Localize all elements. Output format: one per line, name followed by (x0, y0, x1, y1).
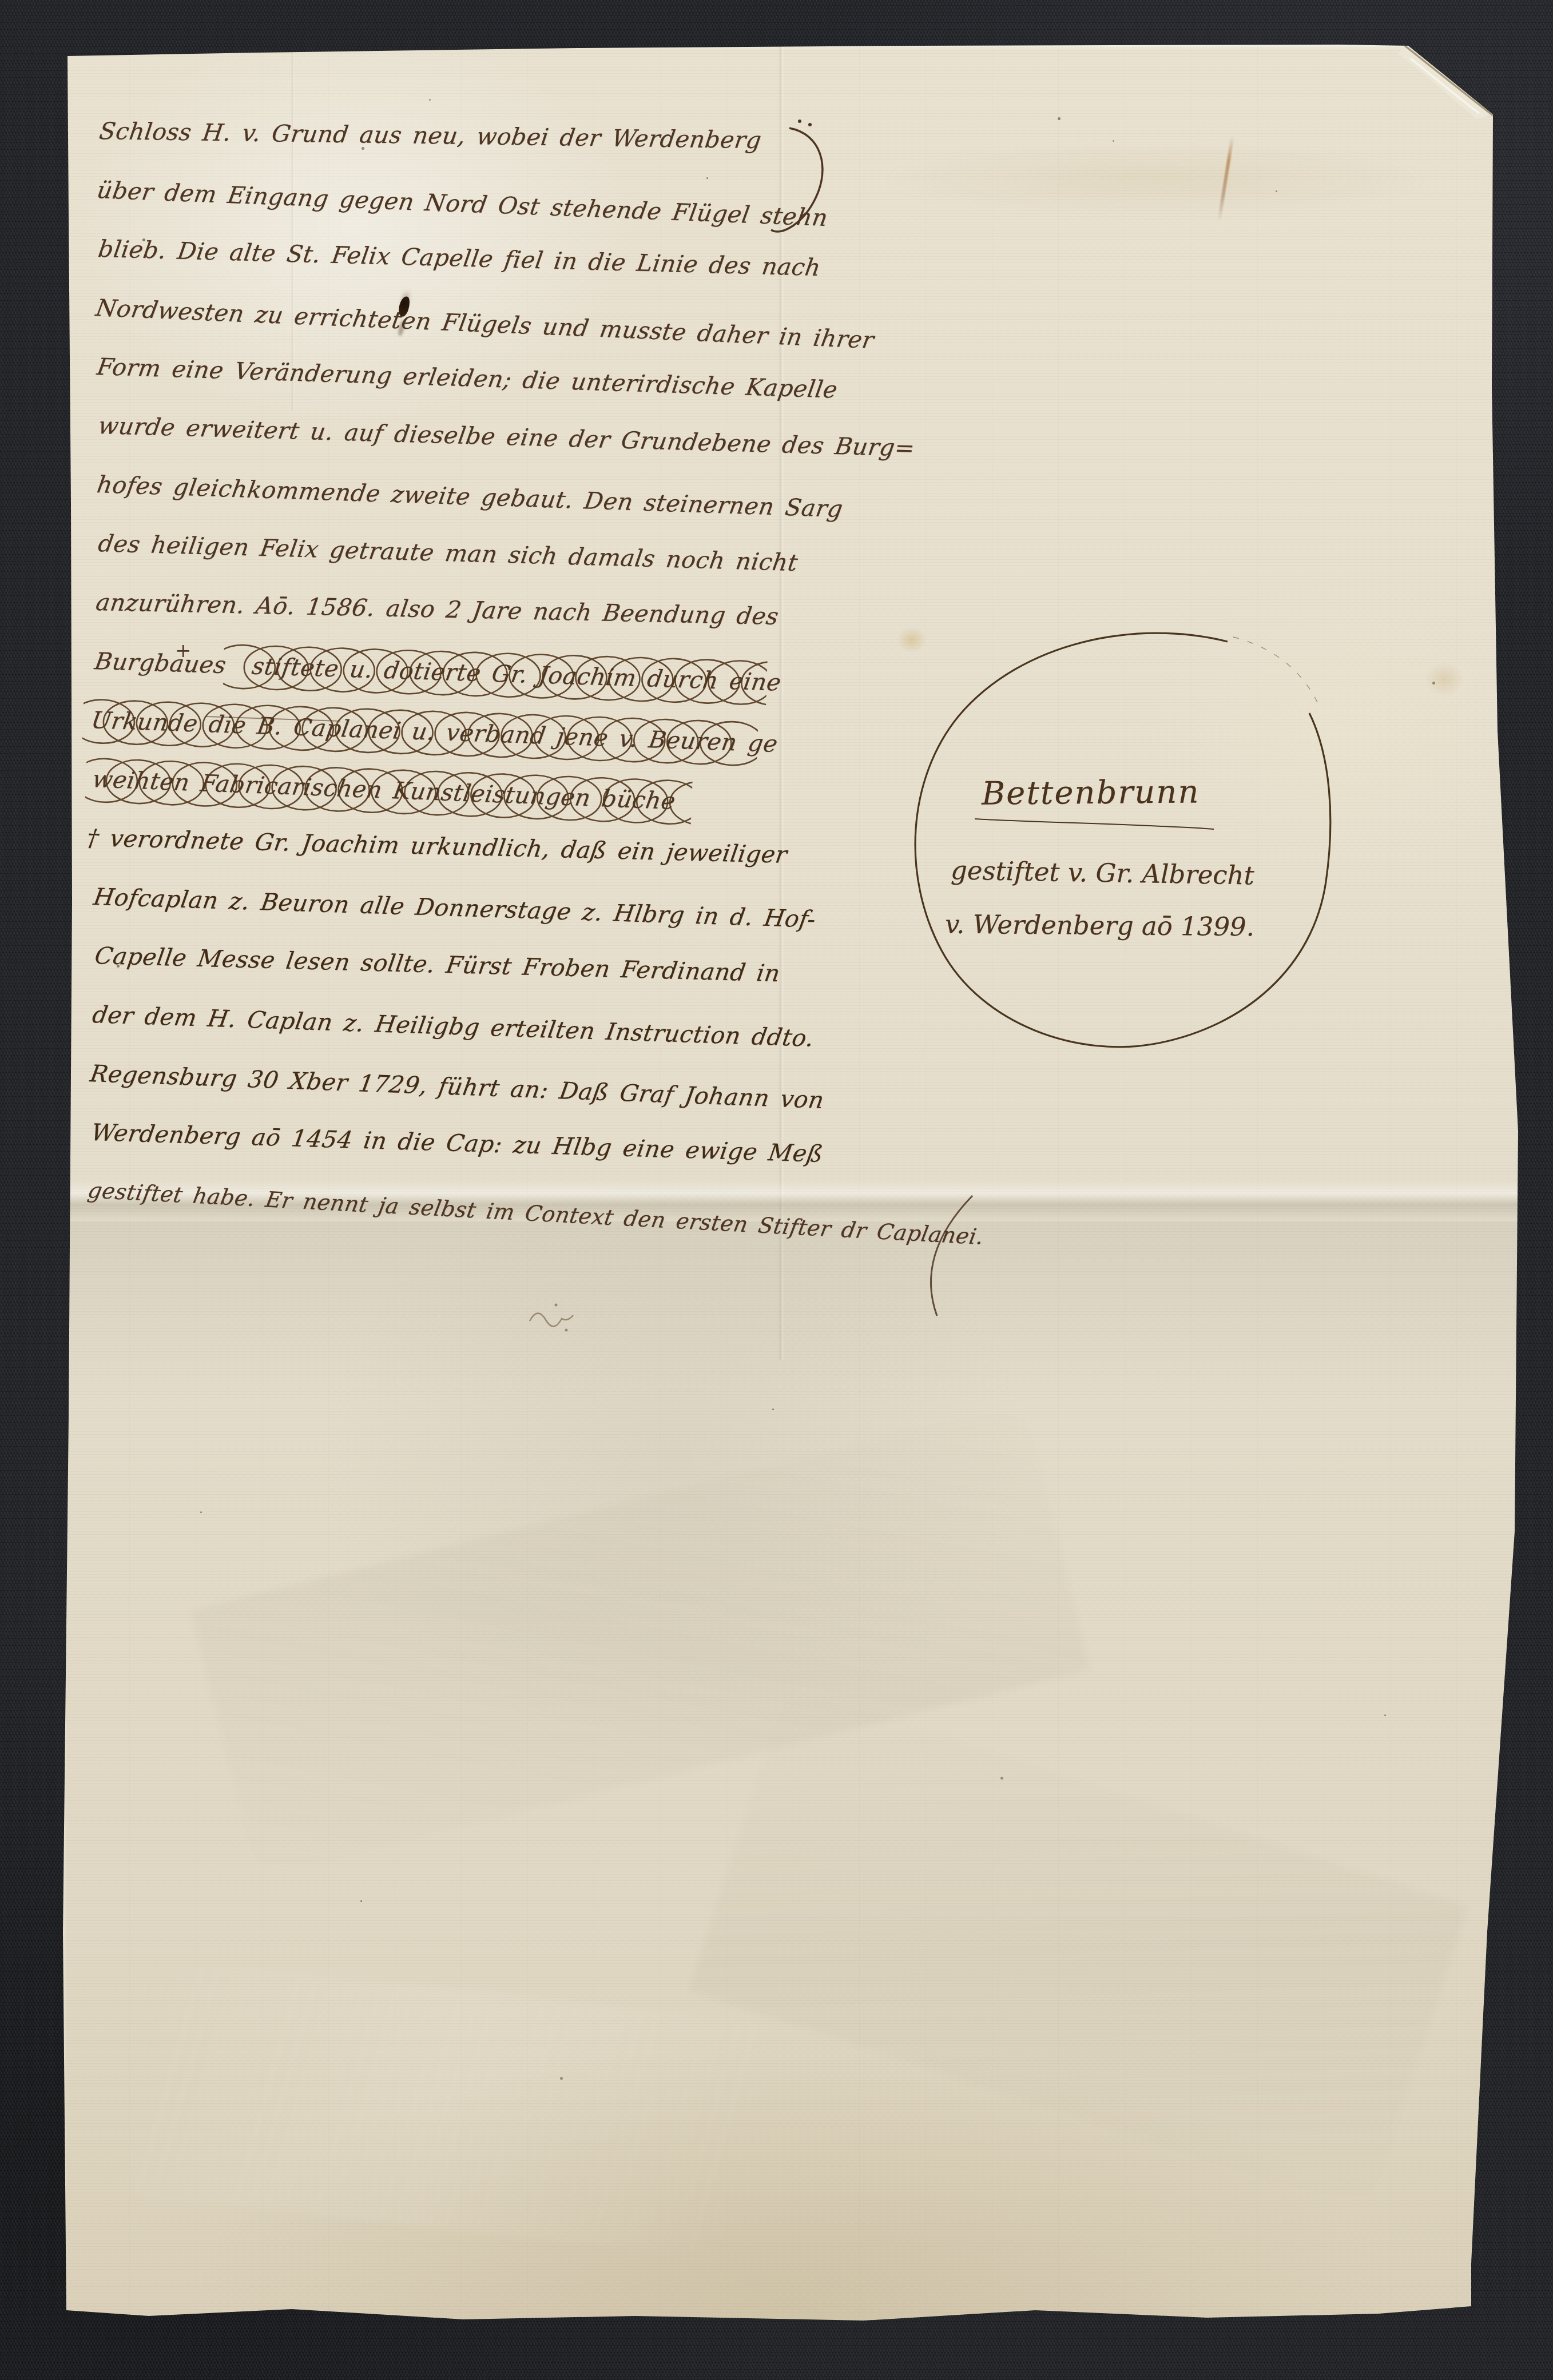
line-text: wurde erweitert u. auf dieselbe eine der… (96, 412, 917, 462)
paper-wrinkle (121, 1957, 772, 2262)
manuscript-line-partly-struck: Burgbaues stiftete u. dotierte Gr. Joach… (94, 647, 781, 697)
closing-flourish (887, 1191, 990, 1326)
manuscript-line: Werdenberg aō 1454 in die Cap: zu Hlbg e… (91, 1119, 823, 1168)
manuscript-line: Regensburg 30 Xber 1729, führt an: Daß G… (90, 1060, 824, 1114)
manuscript-line: wurde erweitert u. auf dieselbe eine der… (98, 412, 915, 462)
pen-squiggle (526, 1297, 589, 1337)
photo-backdrop: Schloss H. v. Grund aus neu, wobei der W… (0, 0, 1553, 2380)
insertion-mark: + (175, 639, 192, 662)
vertical-fold-crease-top (291, 45, 295, 411)
manuscript-line: hofes gleichkommende zweite gebaut. Den … (97, 471, 843, 523)
line-text: anzurühren. Aō. 1586. also 2 Jare nach B… (94, 588, 781, 630)
bettenbrunn-annotation: Bettenbrunn gestiftet v. Gr. Albrecht v.… (890, 607, 1393, 1111)
line-text: blieb. Die alte St. Felix Capelle fiel i… (96, 235, 823, 281)
manuscript-line: Form eine Veränderung erleiden; die unte… (97, 353, 837, 404)
manuscript-page: Schloss H. v. Grund aus neu, wobei der W… (63, 45, 1522, 2323)
manuscript-line-struck: Urkunde die B. Caplanei u. verband jene … (91, 706, 778, 758)
title-underline (975, 819, 1214, 829)
ink-bleedthrough (881, 142, 1430, 216)
manuscript-line: Hofcaplan z. Beuron alle Donnerstage z. … (93, 883, 816, 933)
line-text: hofes gleichkommende zweite gebaut. Den … (95, 471, 845, 523)
line-text: über dem Eingang gegen Nord Ost stehende… (95, 176, 830, 232)
fly-specks (63, 45, 65, 46)
line-text: des heiligen Felix getraute man sich dam… (96, 530, 800, 576)
annotation-line: gestiftet v. Gr. Albrecht (951, 855, 1255, 890)
annotation-title: Bettenbrunn (982, 773, 1200, 812)
line-text: Form eine Veränderung erleiden; die unte… (95, 353, 839, 403)
manuscript-line: Capelle Messe lesen sollte. Fürst Froben… (94, 942, 780, 987)
paper-left-edge-highlight (63, 45, 67, 2323)
line-text: Schloss H. v. Grund aus neu, wobei der W… (98, 117, 764, 154)
line-text: Hofcaplan z. Beuron alle Donnerstage z. … (92, 883, 817, 933)
paper-wrinkle (689, 1686, 1468, 2212)
yellow-stain (1424, 662, 1464, 697)
manuscript-line: Schloss H. v. Grund aus neu, wobei der W… (100, 117, 762, 154)
manuscript-line: anzurühren. Aō. 1586. also 2 Jare nach B… (96, 588, 779, 630)
manuscript-line: der dem H. Caplan z. Heiligbg erteilten … (92, 1001, 814, 1052)
line-text: Nordwesten zu errichteten Flügels und mu… (94, 294, 876, 354)
line-text: Burgbaues (93, 647, 228, 679)
annotation-line: v. Werdenberg aō 1399. (945, 909, 1254, 942)
manuscript-line: über dem Eingang gegen Nord Ost stehende… (97, 176, 828, 232)
manuscript-line-struck: weihten Fabricarischen Kunstleistungen b… (92, 765, 676, 815)
fold-shading (63, 1221, 1522, 1399)
line-text: Regensburg 30 Xber 1729, führt an: Daß G… (88, 1060, 826, 1114)
torn-corner (1371, 43, 1502, 129)
manuscript-line: des heiligen Felix getraute man sich dam… (98, 530, 798, 576)
paper-top-edge-highlight (63, 45, 1522, 50)
line-text: Werdenberg aō 1454 in die Cap: zu Hlbg e… (89, 1119, 825, 1168)
line-text: Capelle Messe lesen sollte. Fürst Froben… (93, 942, 782, 987)
manuscript-line: Nordwesten zu errichteten Flügels und mu… (96, 294, 875, 354)
line-text: der dem H. Caplan z. Heiligbg erteilten … (90, 1001, 816, 1052)
manuscript-line: blieb. Die alte St. Felix Capelle fiel i… (98, 235, 821, 281)
